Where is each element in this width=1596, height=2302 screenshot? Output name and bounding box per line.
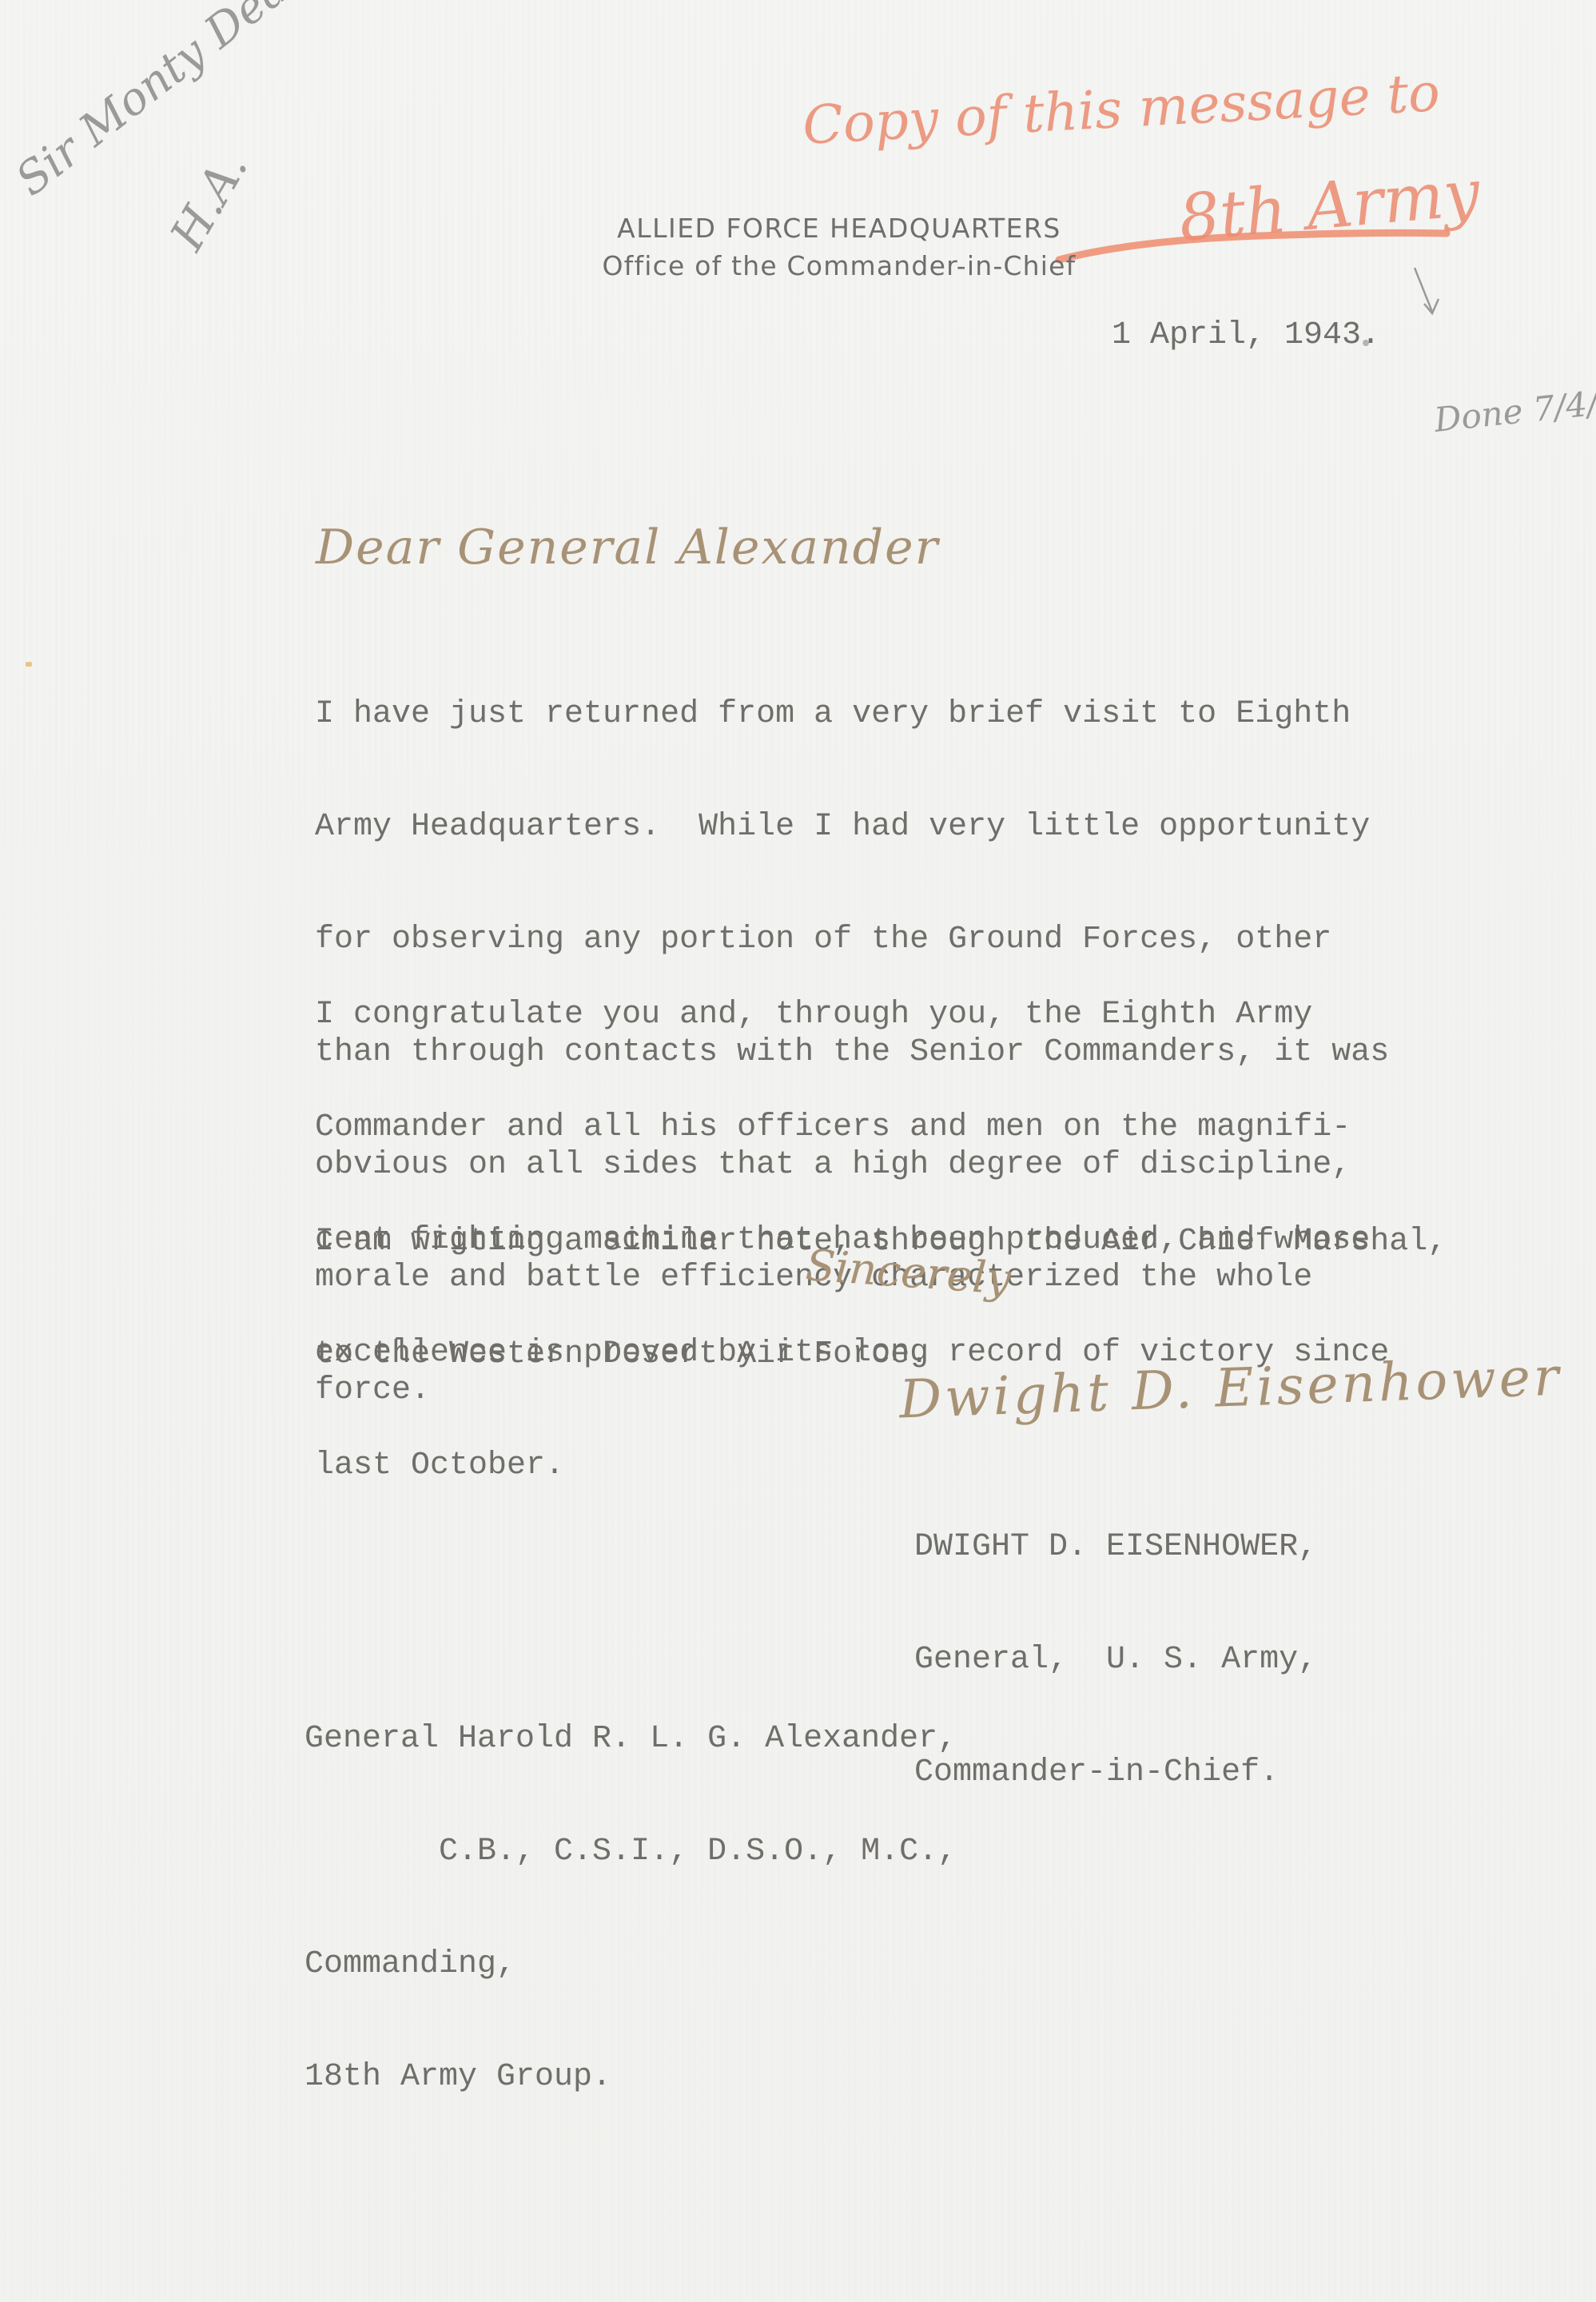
signer-rank: General, U. S. Army,: [914, 1641, 1317, 1679]
pencil-arrow-icon: [1407, 264, 1455, 344]
letterhead-office: Office of the Commander-in-Chief: [559, 250, 1119, 281]
salutation-handwritten: Dear General Alexander: [316, 520, 939, 575]
addressee-unit: 18th Army Group.: [304, 2058, 957, 2096]
signer-name: DWIGHT D. EISENHOWER,: [914, 1528, 1317, 1566]
signer-title: Commander-in-Chief.: [914, 1754, 1317, 1791]
paragraph-line: I have just returned from a very brief v…: [315, 695, 1389, 733]
signature-block: DWIGHT D. EISENHOWER, General, U. S. Arm…: [914, 1453, 1317, 1829]
paragraph-line: Commander and all his officers and men o…: [315, 1109, 1389, 1146]
addressee-honors: C.B., C.S.I., D.S.O., M.C.,: [304, 1833, 957, 1870]
paragraph-line: Army Headquarters. While I had very litt…: [315, 808, 1389, 846]
letterhead-organization: ALLIED FORCE HEADQUARTERS: [559, 213, 1119, 244]
paper-dot: [1363, 340, 1369, 346]
paragraph-line: I congratulate you and, through you, the…: [315, 996, 1389, 1034]
addressee-block: General Harold R. L. G. Alexander, C.B.,…: [304, 1645, 957, 2133]
addressee-name: General Harold R. L. G. Alexander,: [304, 1720, 957, 1758]
addressee-role: Commanding,: [304, 1946, 957, 1983]
letter-date: 1 April, 1943.: [1112, 317, 1380, 354]
paper-stain: [26, 662, 32, 667]
